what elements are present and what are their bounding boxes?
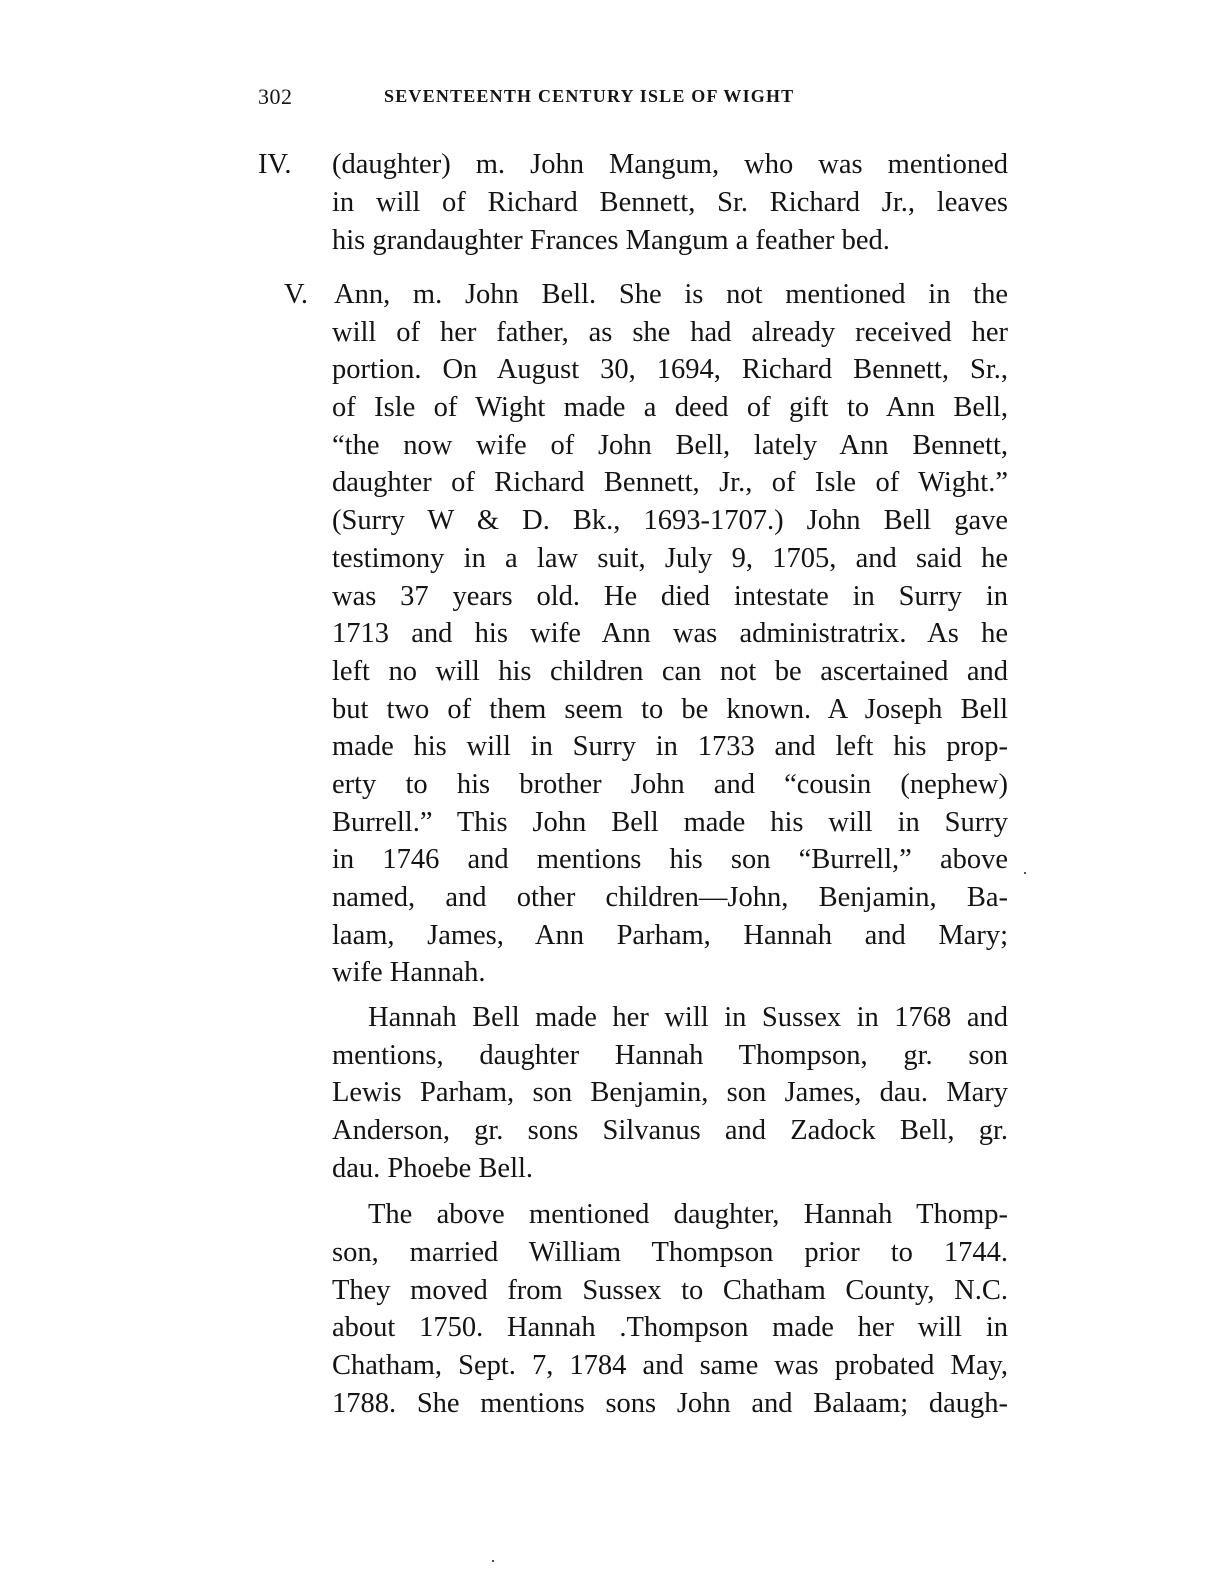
running-head: SEVENTEENTH CENTURY ISLE OF WIGHT (384, 86, 794, 107)
scan-speck (492, 1560, 494, 1562)
text-line: Chatham, Sept. 7, 1784 and same was prob… (332, 1347, 1008, 1385)
book-page: 302 SEVENTEENTH CENTURY ISLE OF WIGHT IV… (0, 0, 1224, 1584)
text-line: portion. On August 30, 1694, Richard Ben… (332, 351, 1008, 389)
page-header: 302 SEVENTEENTH CENTURY ISLE OF WIGHT (258, 84, 1018, 114)
text-line: Anderson, gr. sons Silvanus and Zadock B… (332, 1112, 1008, 1150)
text-line: laam, James, Ann Parham, Hannah and Mary… (332, 917, 1008, 955)
text-line: Lewis Parham, son Benjamin, son James, d… (332, 1074, 1008, 1112)
text-line: Ann, m. John Bell. She is not mentioned … (334, 276, 1008, 314)
text-line: was 37 years old. He died intestate in S… (332, 578, 1008, 616)
text-line: testimony in a law suit, July 9, 1705, a… (332, 540, 1008, 578)
text-line: about 1750. Hannah .Thompson made her wi… (332, 1309, 1008, 1347)
text-line: 1788. She mentions sons John and Balaam;… (332, 1385, 1008, 1423)
text-line: (Surry W & D. Bk., 1693-1707.) John Bell… (332, 502, 1008, 540)
text-line: They moved from Sussex to Chatham County… (332, 1272, 1008, 1310)
text-line: of Isle of Wight made a deed of gift to … (332, 389, 1008, 427)
text-line: The above mentioned daughter, Hannah Tho… (368, 1196, 1008, 1234)
text-line: Burrell.” This John Bell made his will i… (332, 804, 1008, 842)
text-line: in will of Richard Bennett, Sr. Richard … (332, 184, 1008, 222)
text-line: will of her father, as she had already r… (332, 314, 1008, 352)
text-line: erty to his brother John and “cousin (ne… (332, 766, 1008, 804)
text-line: dau. Phoebe Bell. (332, 1150, 632, 1188)
entry-numeral: V. (284, 276, 308, 314)
text-line: in 1746 and mentions his son “Burrell,” … (332, 841, 1008, 879)
scan-speck (1024, 872, 1026, 874)
text-line: named, and other children—John, Benjamin… (332, 879, 1008, 917)
text-line: made his will in Surry in 1733 and left … (332, 728, 1008, 766)
text-line: his grandaughter Frances Mangum a feathe… (332, 222, 1002, 260)
text-line: “the now wife of John Bell, lately Ann B… (332, 427, 1008, 465)
page-number: 302 (258, 84, 293, 110)
text-line: but two of them seem to be known. A Jose… (332, 691, 1008, 729)
text-line: mentions, daughter Hannah Thompson, gr. … (332, 1037, 1008, 1075)
text-line: son, married William Thompson prior to 1… (332, 1234, 1008, 1272)
text-line: wife Hannah. (332, 954, 632, 992)
text-line: Hannah Bell made her will in Sussex in 1… (368, 999, 1008, 1037)
text-line: (daughter) m. John Mangum, who was menti… (332, 146, 1008, 184)
text-line: daughter of Richard Bennett, Jr., of Isl… (332, 464, 1008, 502)
text-line: left no will his children can not be asc… (332, 653, 1008, 691)
entry-numeral: IV. (258, 146, 292, 184)
text-line: 1713 and his wife Ann was administratrix… (332, 615, 1008, 653)
